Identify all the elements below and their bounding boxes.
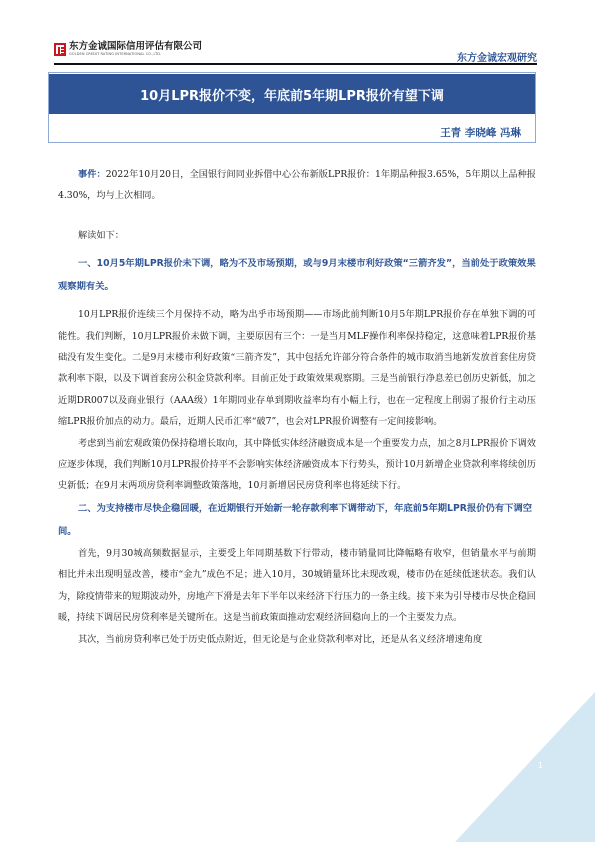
section-heading-1: 一、10月5年期LPR报价未下调，略为不及市场预期，或与9月末楼市利好政策“三箭… xyxy=(58,252,536,298)
logo-mark-icon xyxy=(54,43,66,56)
company-logo: 东方金诚国际信用评估有限公司 GOLDEN CREDIT RATING INTE… xyxy=(54,42,202,56)
report-body: 事件：2022年10月20日，全国银行间同业拆借中心公布新版LPR报价：1年期品… xyxy=(58,164,536,650)
header-divider xyxy=(54,63,537,65)
section-1-paragraph-2: 考虑到当前宏观政策仍保持稳增长取向，其中降低实体经济融资成本是一个重要发力点，加… xyxy=(58,433,536,497)
company-name-cn: 东方金诚国际信用评估有限公司 xyxy=(69,42,202,52)
section-2-paragraph-2: 其次，当前房贷利率已处于历史低点附近，但无论是与企业贷款利率对比，还是从名义经济… xyxy=(58,629,536,650)
report-title: 10月LPR报价不变，年底前5年期LPR报价有望下调 xyxy=(49,74,535,114)
event-text: 2022年10月20日，全国银行间同业拆借中心公布新版LPR报价：1年期品种报3… xyxy=(58,169,536,201)
authors: 王青 李晓峰 冯琳 xyxy=(440,125,521,140)
corner-triangle-icon xyxy=(455,692,595,842)
section-1-paragraph-1: 10月LPR报价连续三个月保持不动，略为出乎市场预期——市场此前判断10月5年期… xyxy=(58,304,536,432)
page-number: 1 xyxy=(538,761,543,770)
section-2-paragraph-1: 首先，9月30城高频数据显示，主要受上年同期基数下行带动，楼市销量同比降幅略有收… xyxy=(58,543,536,629)
title-box: 10月LPR报价不变，年底前5年期LPR报价有望下调 王青 李晓峰 冯琳 xyxy=(48,72,536,143)
company-name-en: GOLDEN CREDIT RATING INTERNATIONAL CO.,L… xyxy=(69,53,202,57)
event-paragraph: 事件：2022年10月20日，全国银行间同业拆借中心公布新版LPR报价：1年期品… xyxy=(58,164,536,207)
intro-text: 解读如下： xyxy=(58,225,536,246)
event-label: 事件： xyxy=(78,169,106,180)
report-series: 东方金诚宏观研究 xyxy=(457,49,537,64)
page-header: 东方金诚国际信用评估有限公司 GOLDEN CREDIT RATING INTE… xyxy=(54,40,537,64)
corner-decoration xyxy=(455,692,595,842)
section-heading-2: 二、为支持楼市尽快企稳回暖，在近期银行开始新一轮存款利率下调带动下，年底前5年期… xyxy=(58,497,536,543)
